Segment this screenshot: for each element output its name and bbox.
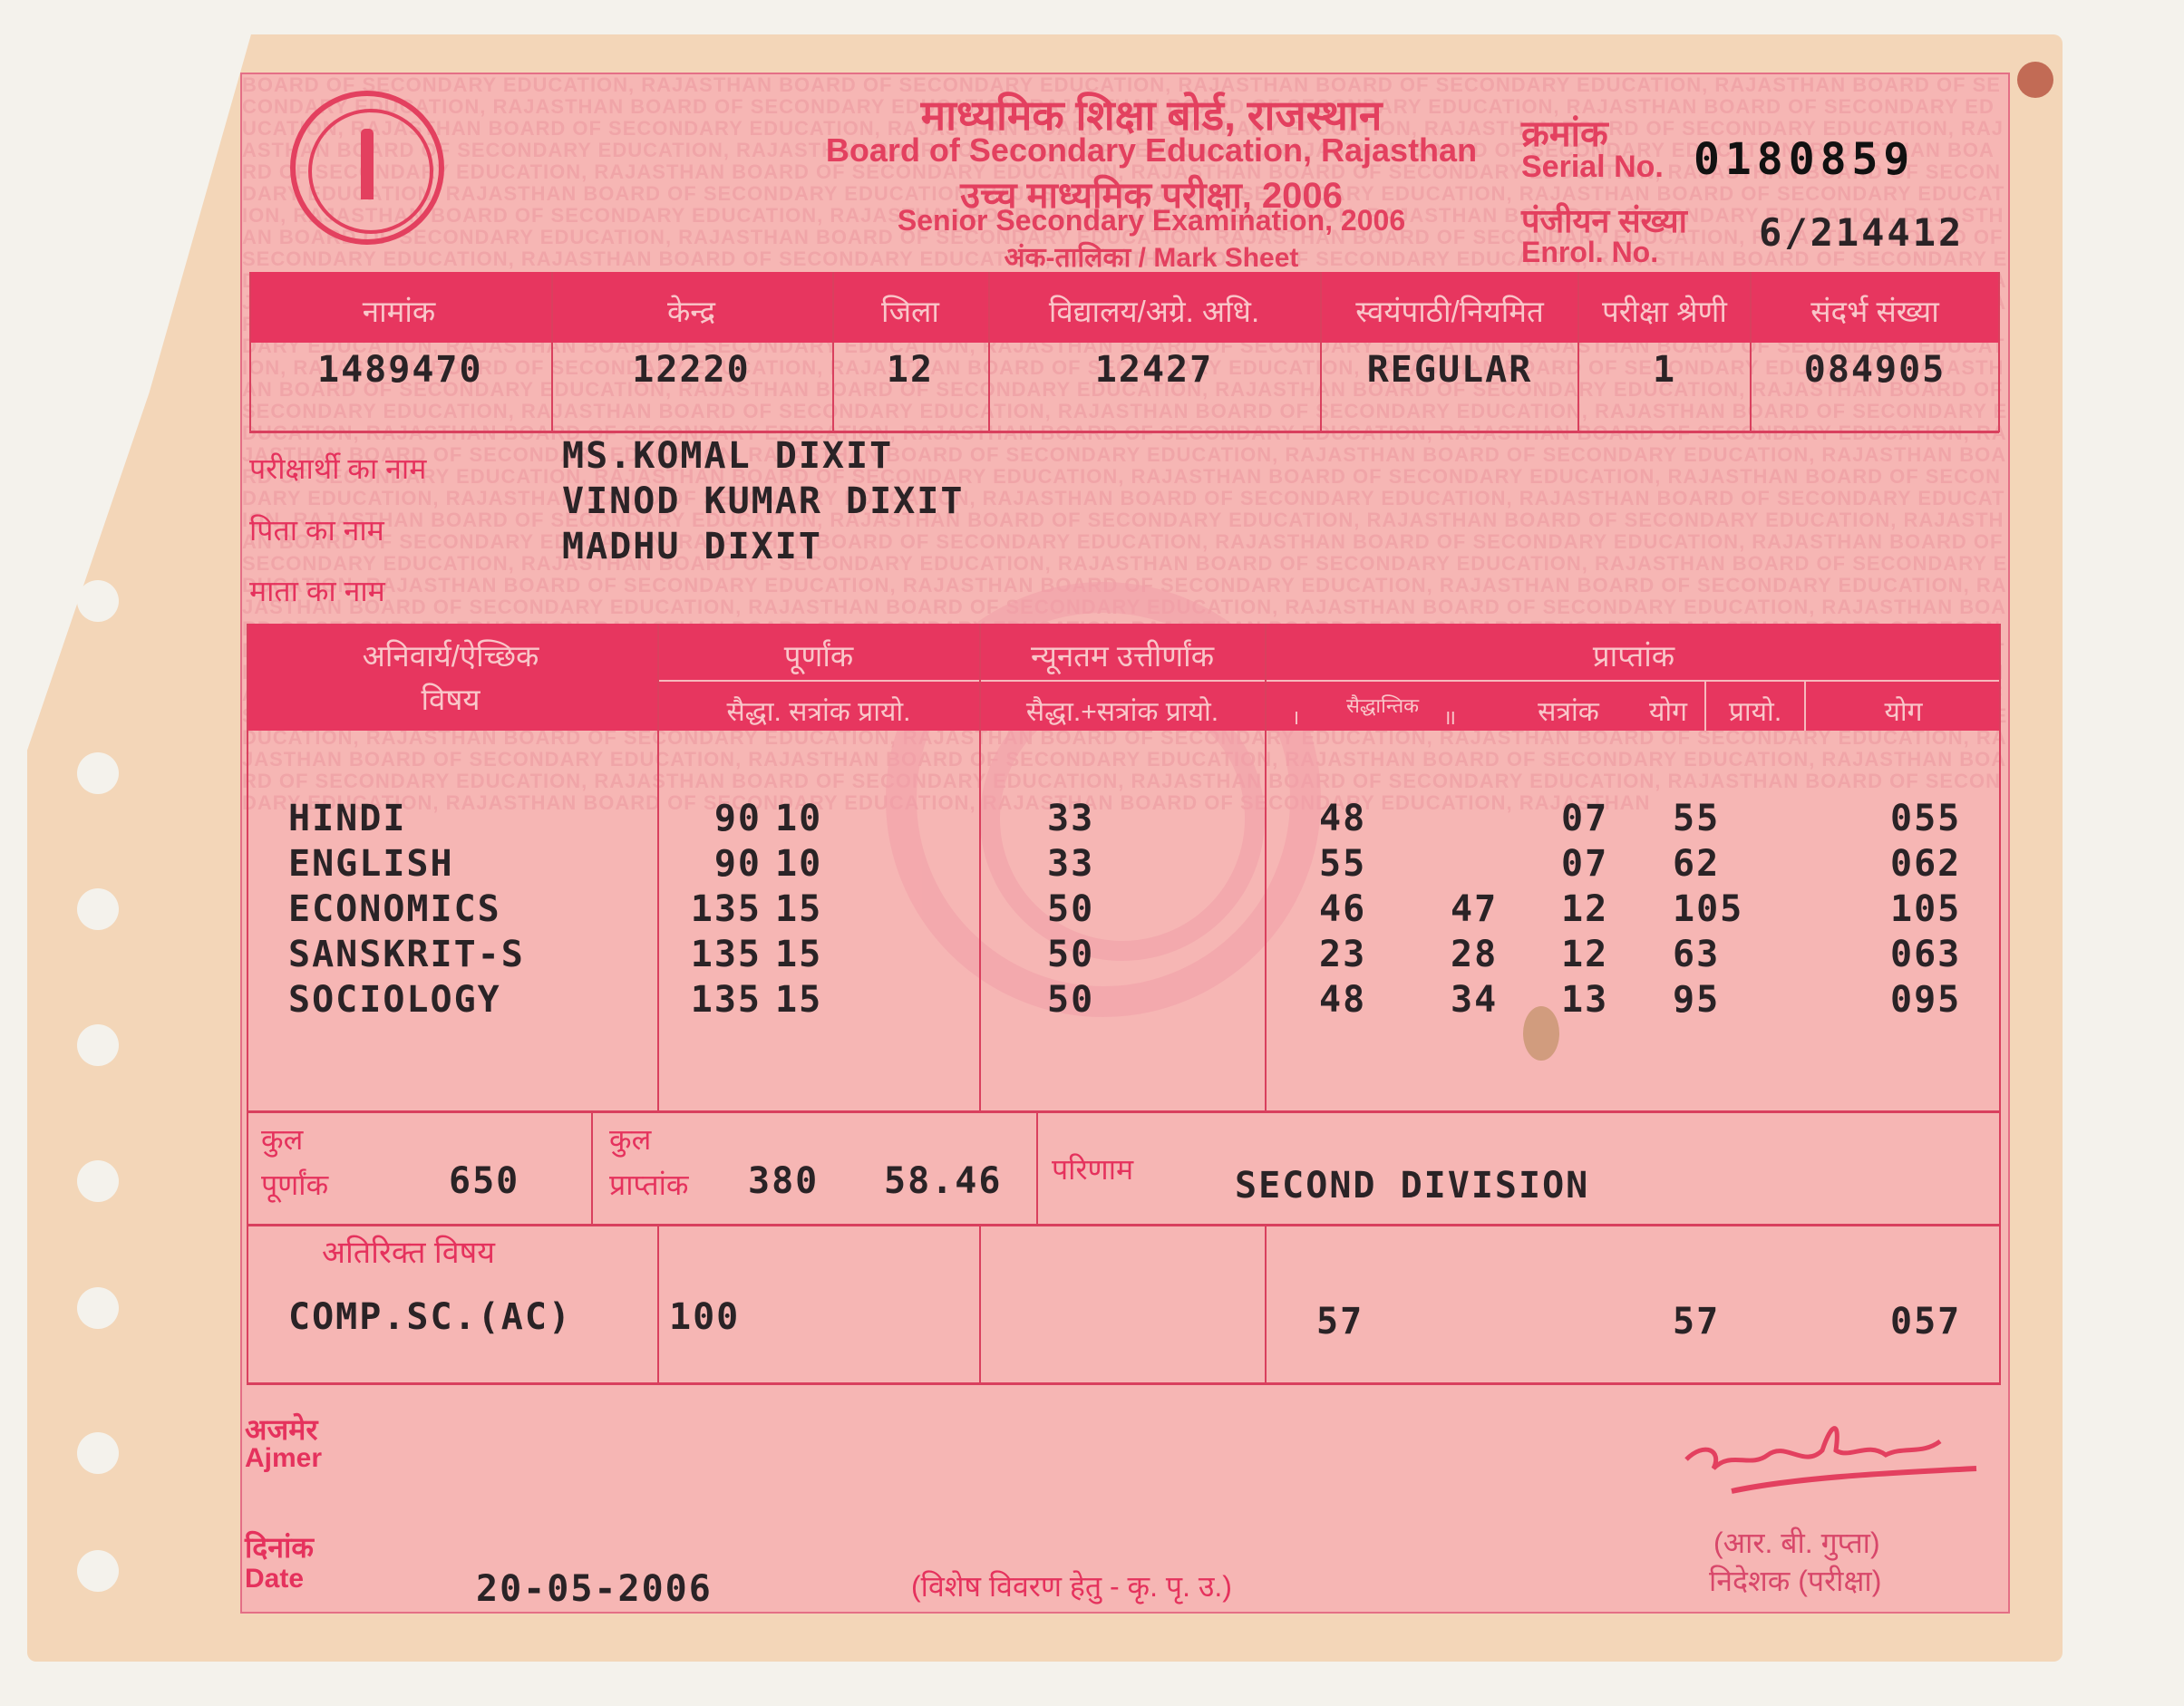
- signatory-designation: निदेशक (परीक्षा): [1709, 1561, 1881, 1600]
- result-label: परिणाम: [1052, 1149, 1133, 1188]
- punch-hole: [77, 752, 119, 794]
- issue-date: 20-05-2006: [476, 1568, 713, 1610]
- father-name: VINOD KUMAR DIXIT: [562, 480, 964, 522]
- stain-mark: [2017, 62, 2053, 98]
- subject-name: SOCIOLOGY: [288, 979, 501, 1021]
- subject-name: ECONOMICS: [288, 888, 501, 930]
- col-theory: सैद्धान्तिक: [1324, 692, 1441, 719]
- document-title: अंक-तालिका / Mark Sheet: [816, 237, 1487, 275]
- subject-name: ENGLISH: [288, 843, 454, 885]
- col-max-marks-sub: सैद्धा. सत्रांक प्रायो.: [659, 692, 978, 729]
- overleaf-note: (विशेष विवरण हेतु - कृ. पृ. उ.): [911, 1566, 1232, 1605]
- col-min-pass: न्यूनतम उत्तीर्णांक: [981, 635, 1264, 675]
- col-min-pass-sub: सैद्धा.+सत्रांक प्रायो.: [981, 692, 1264, 729]
- additional-subject-label: अतिरिक्त विषय: [322, 1230, 495, 1272]
- obtained-total: 380: [748, 1160, 819, 1202]
- board-logo-icon: [290, 91, 444, 245]
- candidate-type: REGULAR: [1322, 349, 1577, 391]
- date-label-english: Date: [245, 1564, 304, 1595]
- col-exam-category: परीक्षा श्रेणी: [1579, 290, 1750, 331]
- district-code: 12: [834, 349, 986, 391]
- col-roll-no: नामांक: [249, 290, 548, 331]
- centre-code: 12220: [553, 349, 830, 391]
- school-code: 12427: [990, 349, 1318, 391]
- subject-name: SANSKRIT-S: [288, 934, 525, 975]
- col-subject-2: विषय: [247, 678, 655, 719]
- max-total-label: पूर्णांक: [261, 1165, 328, 1204]
- table-row: HINDI 90 10 33 48 07 55 055: [0, 798, 2184, 843]
- mother-name: MADHU DIXIT: [562, 526, 822, 567]
- enrol-number: 6/214412: [1759, 210, 1964, 255]
- signature-icon: [1677, 1414, 1985, 1514]
- signatory-name: (आर. बी. गुप्ता): [1713, 1523, 1880, 1562]
- col-sessional: सत्रांक: [1509, 692, 1627, 729]
- additional-sum: 57: [1673, 1301, 1720, 1343]
- serial-number: 0180859: [1694, 134, 1915, 185]
- col-centre: केन्द्र: [553, 290, 830, 331]
- punch-hole: [77, 1550, 119, 1592]
- serial-label-english: Serial No.: [1521, 150, 1664, 185]
- additional-subject: COMP.SC.(AC): [288, 1296, 572, 1338]
- table-row: SOCIOLOGY 135 15 50 48 34 13 95 095: [0, 979, 2184, 1024]
- col-practical: प्रायो.: [1706, 692, 1804, 729]
- col-reference-no: संदर्भ संख्या: [1752, 290, 1998, 331]
- punch-hole: [77, 580, 119, 622]
- col-total: योग: [1806, 692, 2001, 729]
- punch-hole: [77, 1432, 119, 1474]
- exam-category: 1: [1579, 349, 1750, 391]
- table-row: ECONOMICS 135 15 50 46 47 12 105 105: [0, 888, 2184, 934]
- roll-number: 1489470: [317, 349, 483, 391]
- additional-max: 100: [669, 1296, 740, 1338]
- percentage: 58.46: [884, 1160, 1002, 1202]
- col-obtained: प्राप्तांक: [1267, 635, 2001, 675]
- stain-mark: [1523, 1006, 1559, 1061]
- board-name-english: Board of Secondary Education, Rajasthan: [789, 131, 1514, 170]
- table-row: SANSKRIT-S 135 15 50 23 28 12 63 063: [0, 934, 2184, 979]
- punch-hole: [77, 1287, 119, 1329]
- max-total: 650: [449, 1160, 519, 1202]
- result-division: SECOND DIVISION: [1235, 1165, 1589, 1207]
- col-subtotal: योग: [1632, 692, 1704, 729]
- punch-hole: [77, 1024, 119, 1066]
- date-label-hindi: दिनांक: [245, 1527, 314, 1566]
- additional-theory: 57: [1316, 1301, 1364, 1343]
- father-name-label: पिता का नाम: [249, 510, 384, 549]
- col-district: जिला: [834, 290, 986, 331]
- exam-name-english: Senior Secondary Examination, 2006: [789, 204, 1514, 237]
- subject-name: HINDI: [288, 798, 406, 839]
- punch-hole: [77, 1160, 119, 1202]
- enrol-label-english: Enrol. No.: [1521, 236, 1658, 269]
- obtained-total-label: प्राप्तांक: [609, 1165, 688, 1204]
- table-row: ENGLISH 90 10 33 55 07 62 062: [0, 843, 2184, 888]
- reference-number: 084905: [1752, 349, 1998, 391]
- col-subject: अनिवार्य/ऐच्छिक: [247, 635, 655, 675]
- col-school: विद्यालय/अग्रे. अधि.: [990, 290, 1318, 331]
- place-english: Ajmer: [245, 1443, 322, 1474]
- col-regular-private: स्वयंपाठी/नियमित: [1322, 290, 1577, 331]
- additional-total: 057: [1890, 1301, 1961, 1343]
- col-max-marks: पूर्णांक: [659, 635, 978, 675]
- candidate-name: MS.KOMAL DIXIT: [562, 435, 893, 477]
- mother-name-label: माता का नाम: [249, 571, 385, 610]
- candidate-name-label: परीक्षार्थी का नाम: [249, 449, 426, 488]
